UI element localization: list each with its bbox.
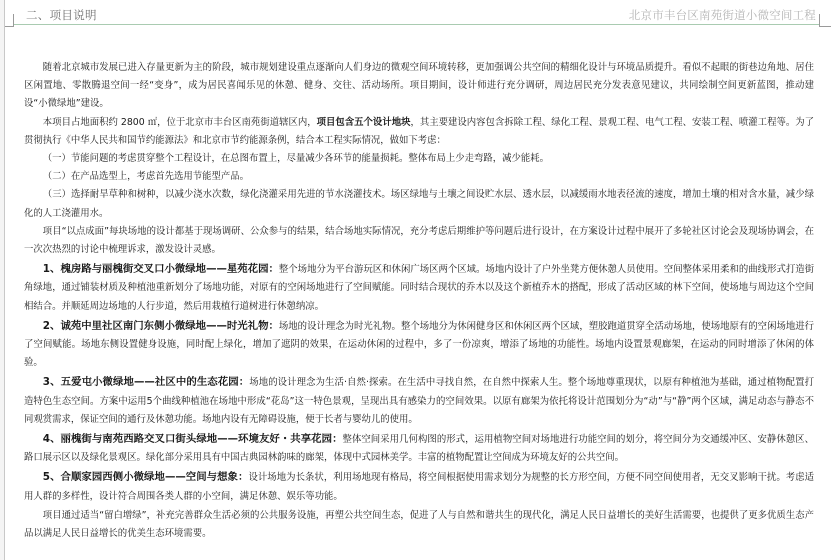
crop-mark-left-h: [5, 26, 14, 27]
site-2-title: 2、诚苑中里社区南门东侧小微绿地——时光礼物：: [43, 320, 279, 332]
page-left-edge: [0, 0, 5, 560]
consideration-3: （三）选择耐旱草种和树种，以减少浇水次数，绿化浇灌采用先进的节水浇灌技术。场区绿…: [24, 186, 814, 222]
site-3-title: 3、五爱屯小微绿地——社区中的生态花园：: [43, 376, 249, 388]
site-5: 5、合顺家园西侧小微绿地——空间与想象：设计场地为长条状，利用场地现有格局，将空…: [24, 468, 814, 505]
consideration-1: （一）节能问题的考虑贯穿整个工程设计，在总图布置上，尽量减少各环节的能量损耗。整…: [24, 150, 814, 168]
site-2: 2、诚苑中里社区南门东侧小微绿地——时光礼物：场地的设计理念为时光礼物。整个场地…: [24, 317, 814, 373]
consideration-2: （二）在产品选型上，考虑首先选用节能型产品。: [24, 168, 814, 186]
area-text: 本项目占地面积约 2800 ㎡，位于北京市丰台区南苑街道辖区内，: [43, 117, 317, 128]
design-approach-paragraph: 项目“以点成面”每块场地的设计都基于现场调研、公众参与的结果，结合场地实际情况，…: [24, 223, 814, 259]
area-paragraph: 本项目占地面积约 2800 ㎡，位于北京市丰台区南苑街道辖区内，项目包含五个设计…: [24, 114, 814, 150]
site-3: 3、五爱屯小微绿地——社区中的生态花园：场地的设计理念为生活·自然·探索。在生活…: [24, 373, 814, 429]
page-header: 二、项目说明 北京市丰台区南苑街道小微空间工程: [13, 0, 820, 25]
site-4: 4、丽槐街与南苑西路交叉口街头绿地——环境友好・共享花园：整体空间采用几何构图的…: [24, 430, 814, 467]
intro-paragraph: 随着北京城市发展已进入存量更新为主的阶段，城市规划建设重点逐渐向人们身边的微观空…: [24, 59, 814, 114]
site-1-title: 1、槐房路与丽槐街交叉口小微绿地——星苑花园：: [43, 263, 279, 275]
section-title: 二、项目说明: [26, 7, 97, 23]
crop-mark-right-h: [819, 26, 831, 27]
site-5-title: 5、合顺家园西侧小微绿地——空间与想象：: [43, 471, 249, 483]
closing-paragraph: 项目通过适当“留白增绿”，补充完善群众生活必须的公共服务设施，再塑公共空间生态，…: [24, 507, 814, 543]
site-4-title: 4、丽槐街与南苑西路交叉口街头绿地——环境友好・共享花园：: [43, 433, 343, 445]
site-1: 1、槐房路与丽槐街交叉口小微绿地——星苑花园：整个场地分为平台游玩区和休闲广场区…: [24, 260, 814, 316]
project-name: 北京市丰台区南苑街道小微空间工程: [629, 7, 816, 23]
five-sites-emphasis: 项目包含五个设计地块: [317, 117, 411, 128]
document-body: 随着北京城市发展已进入存量更新为主的阶段，城市规划建设重点逐渐向人们身边的微观空…: [24, 59, 814, 543]
